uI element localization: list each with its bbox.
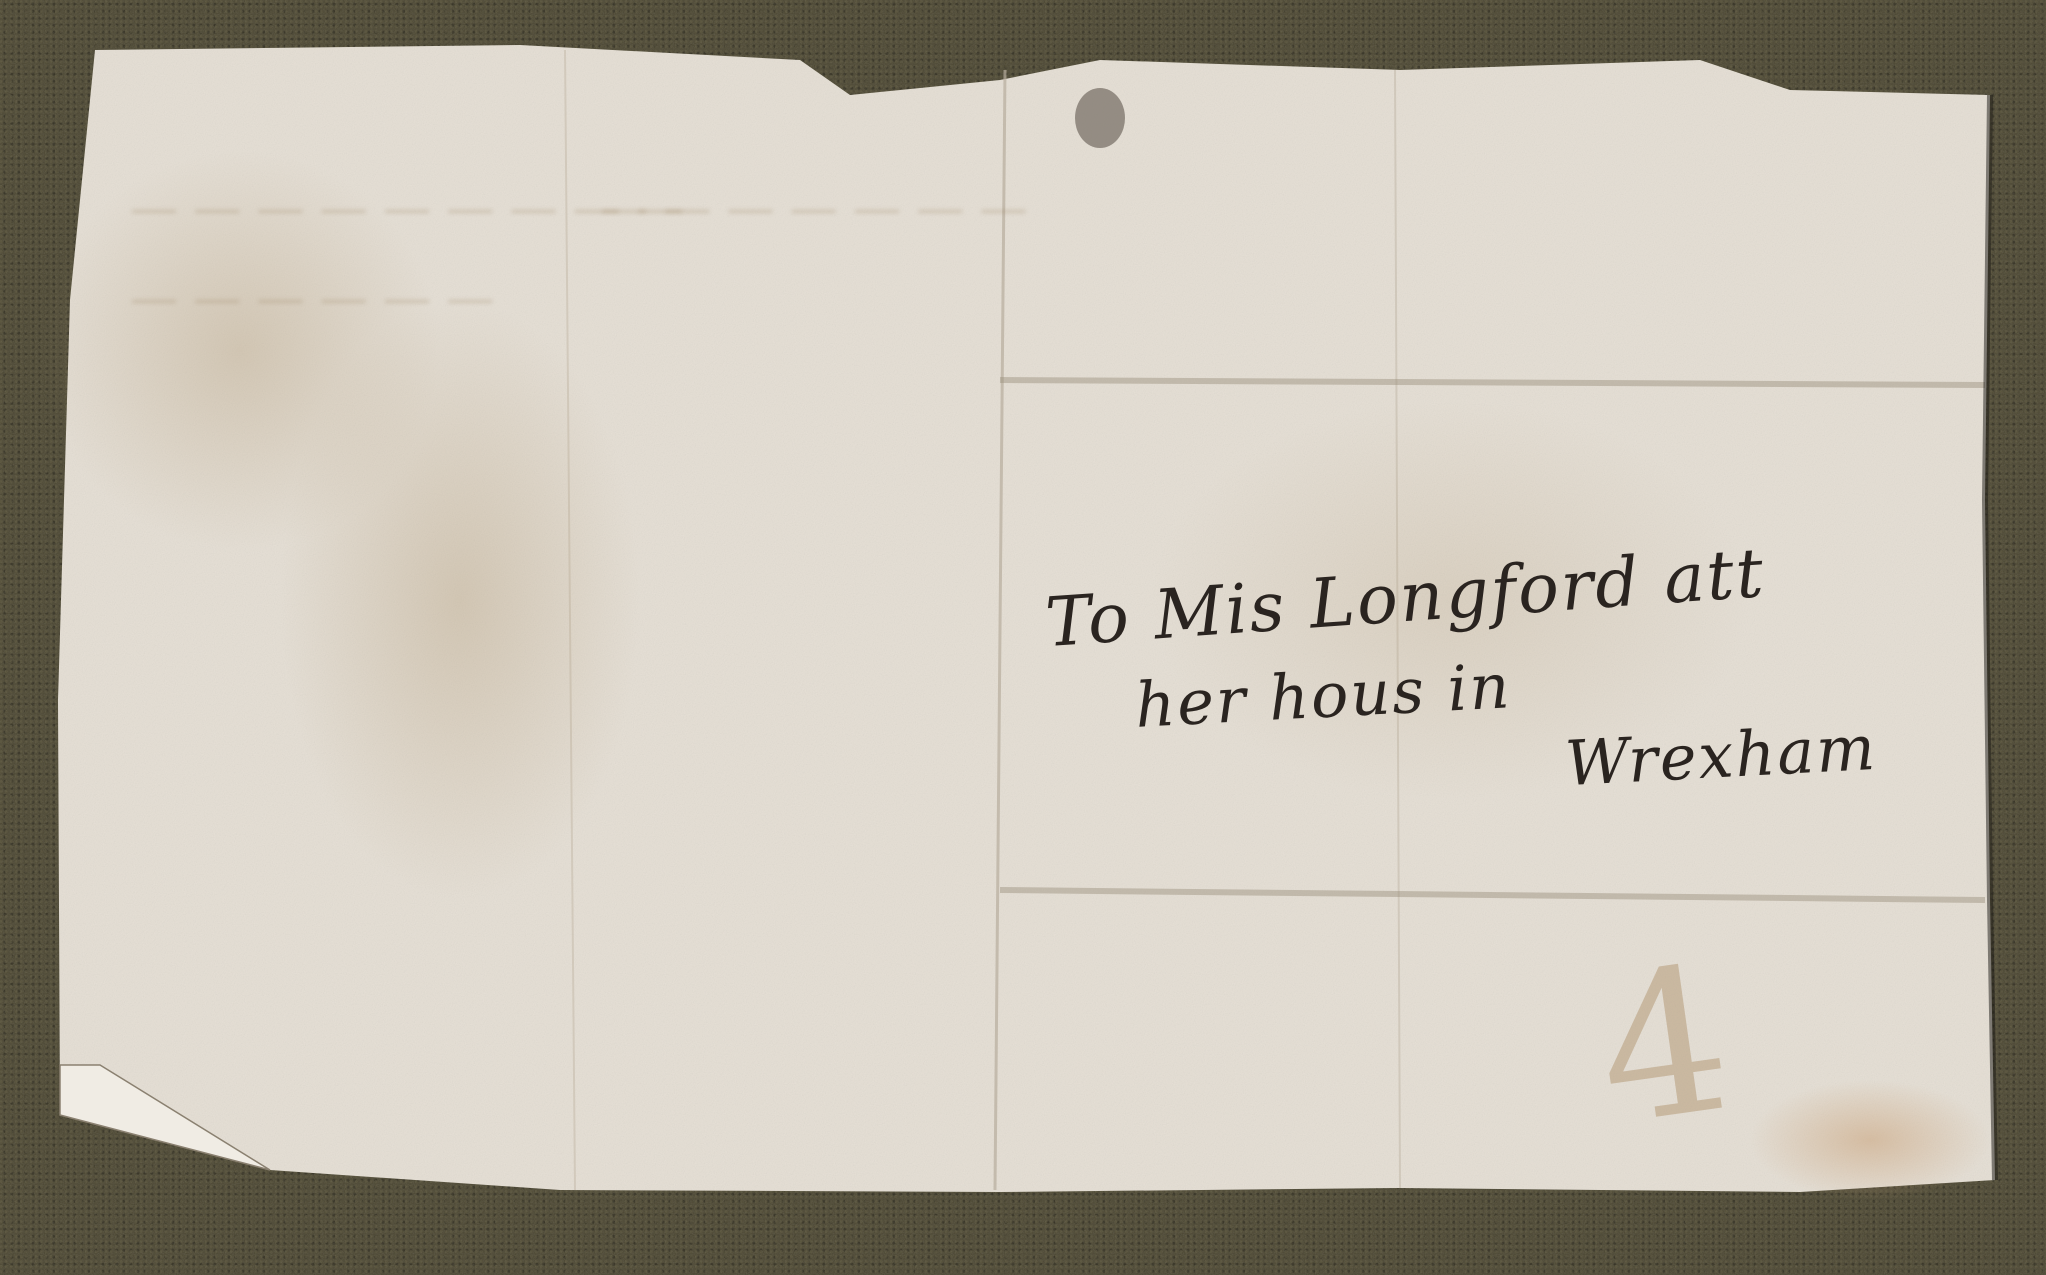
address-line-town: Wrexham — [1564, 717, 1879, 795]
bleed-through-text: — — — — — — — — [600, 180, 1028, 236]
bleed-through-text: — — — — — — — [130, 270, 494, 326]
address-line-house: her hous in — [1134, 655, 1513, 737]
